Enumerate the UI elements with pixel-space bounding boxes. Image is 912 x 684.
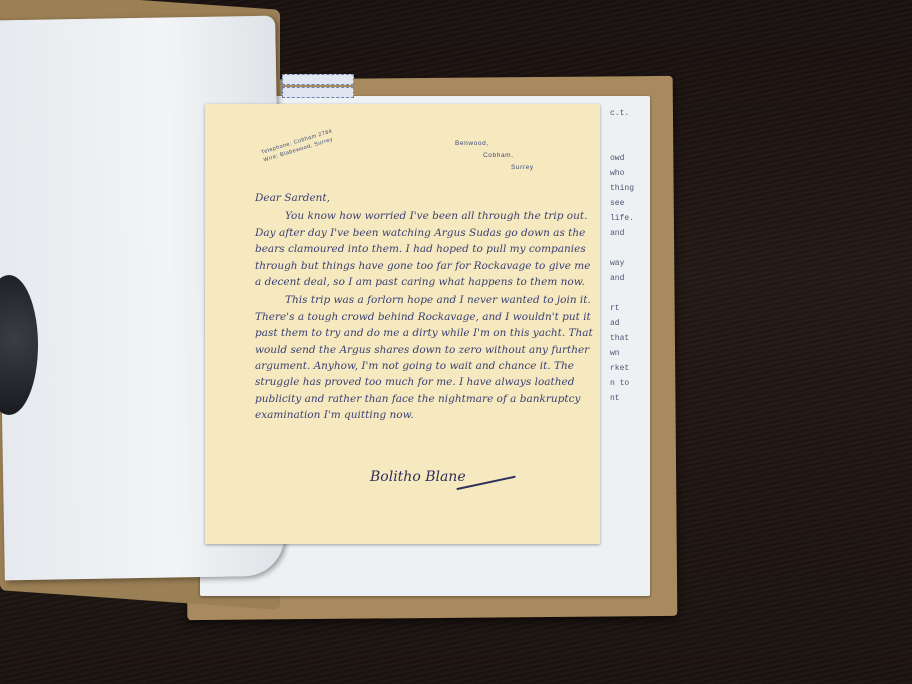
signature: Bolitho Blane bbox=[370, 469, 466, 485]
typed-line: life. bbox=[610, 211, 650, 226]
handwritten-letter: Telephone: Cobham 2784 Wire: Blabewood, … bbox=[205, 104, 600, 544]
typed-line: c.t. bbox=[610, 106, 650, 121]
typed-text-fragments: c.t. owd who thing see life. and way and… bbox=[610, 106, 650, 406]
typed-line: owd bbox=[610, 151, 650, 166]
paragraph: This trip was a forlorn hope and I never… bbox=[255, 292, 595, 423]
typed-line: see bbox=[610, 196, 650, 211]
stamp-strip bbox=[282, 74, 354, 85]
typed-line: who bbox=[610, 166, 650, 181]
typed-line: thing bbox=[610, 181, 650, 196]
typed-line: way bbox=[610, 256, 650, 271]
letter-body: Dear Sardent, You know how worried I've … bbox=[255, 190, 595, 426]
stamp-strip bbox=[282, 87, 354, 98]
salutation: Dear Sardent, bbox=[255, 190, 595, 206]
stamps bbox=[282, 74, 354, 96]
letterhead-contact: Telephone: Cobham 2784 Wire: Blabewood, … bbox=[260, 128, 335, 165]
paragraph: You know how worried I've been all throu… bbox=[255, 208, 595, 290]
address-line: Benwood, bbox=[455, 138, 534, 150]
typed-line: and bbox=[610, 271, 650, 286]
address-line: Cobham, bbox=[455, 150, 534, 162]
typed-line: and bbox=[610, 226, 650, 241]
typed-line: that bbox=[610, 331, 650, 346]
typed-line: nt bbox=[610, 391, 650, 406]
typed-line: rket bbox=[610, 361, 650, 376]
typed-line: n to bbox=[610, 376, 650, 391]
typed-line: wn bbox=[610, 346, 650, 361]
typed-line: ad bbox=[610, 316, 650, 331]
address-line: Surrey bbox=[455, 162, 534, 174]
letterhead-address: Benwood, Cobham, Surrey bbox=[455, 138, 534, 174]
typed-line: rt bbox=[610, 301, 650, 316]
